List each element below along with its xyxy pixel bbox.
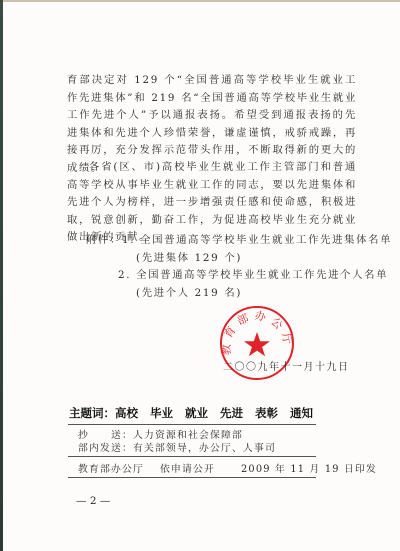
subject-label: 主题词： (69, 406, 115, 420)
keyword: 表彰 (255, 406, 278, 420)
print-date: 2009 年 11 月 19 日印发 (241, 461, 377, 475)
attachment-1-title: 1. 全国普通高等学校毕业生就业工作先进集体名单 (122, 234, 392, 246)
keyword: 毕业 (150, 406, 173, 420)
divider (68, 424, 316, 425)
cc-line: 抄 送：人力资源和社会保障部 (78, 427, 243, 441)
attachment-2-note: (先进个人 219 名) (136, 285, 242, 303)
keyword: 通知 (290, 406, 313, 420)
subject-keywords: 主题词：高校毕业就业先进表彰通知 (69, 405, 313, 421)
attachment-label: 附件： (86, 234, 122, 246)
star-icon (244, 332, 270, 356)
attachment-1: 附件：1. 全国普通高等学校毕业生就业工作先进集体名单 (86, 232, 392, 250)
scan-edge-top (0, 0, 400, 2)
internal-distribution-line: 部内发送：有关部领导，办公厅、人事司 (78, 440, 276, 454)
disclosure-status: 依申请公开 (160, 461, 215, 475)
keyword: 就业 (185, 406, 208, 420)
divider (68, 477, 316, 478)
attachment-2-title: 2. 全国普通高等学校毕业生就业工作先进个人名单 (118, 267, 388, 285)
page-number: — 2 — (76, 495, 110, 507)
attachment-1-note: (先进集体 129 个) (136, 250, 242, 268)
signing-date: 二〇〇九年十一月十九日 (223, 358, 350, 373)
keyword: 高校 (115, 406, 138, 420)
divider (68, 456, 316, 457)
scan-edge-left (0, 0, 3, 551)
issuer: 教育部办公厅 (78, 461, 144, 475)
keyword: 先进 (220, 406, 243, 420)
